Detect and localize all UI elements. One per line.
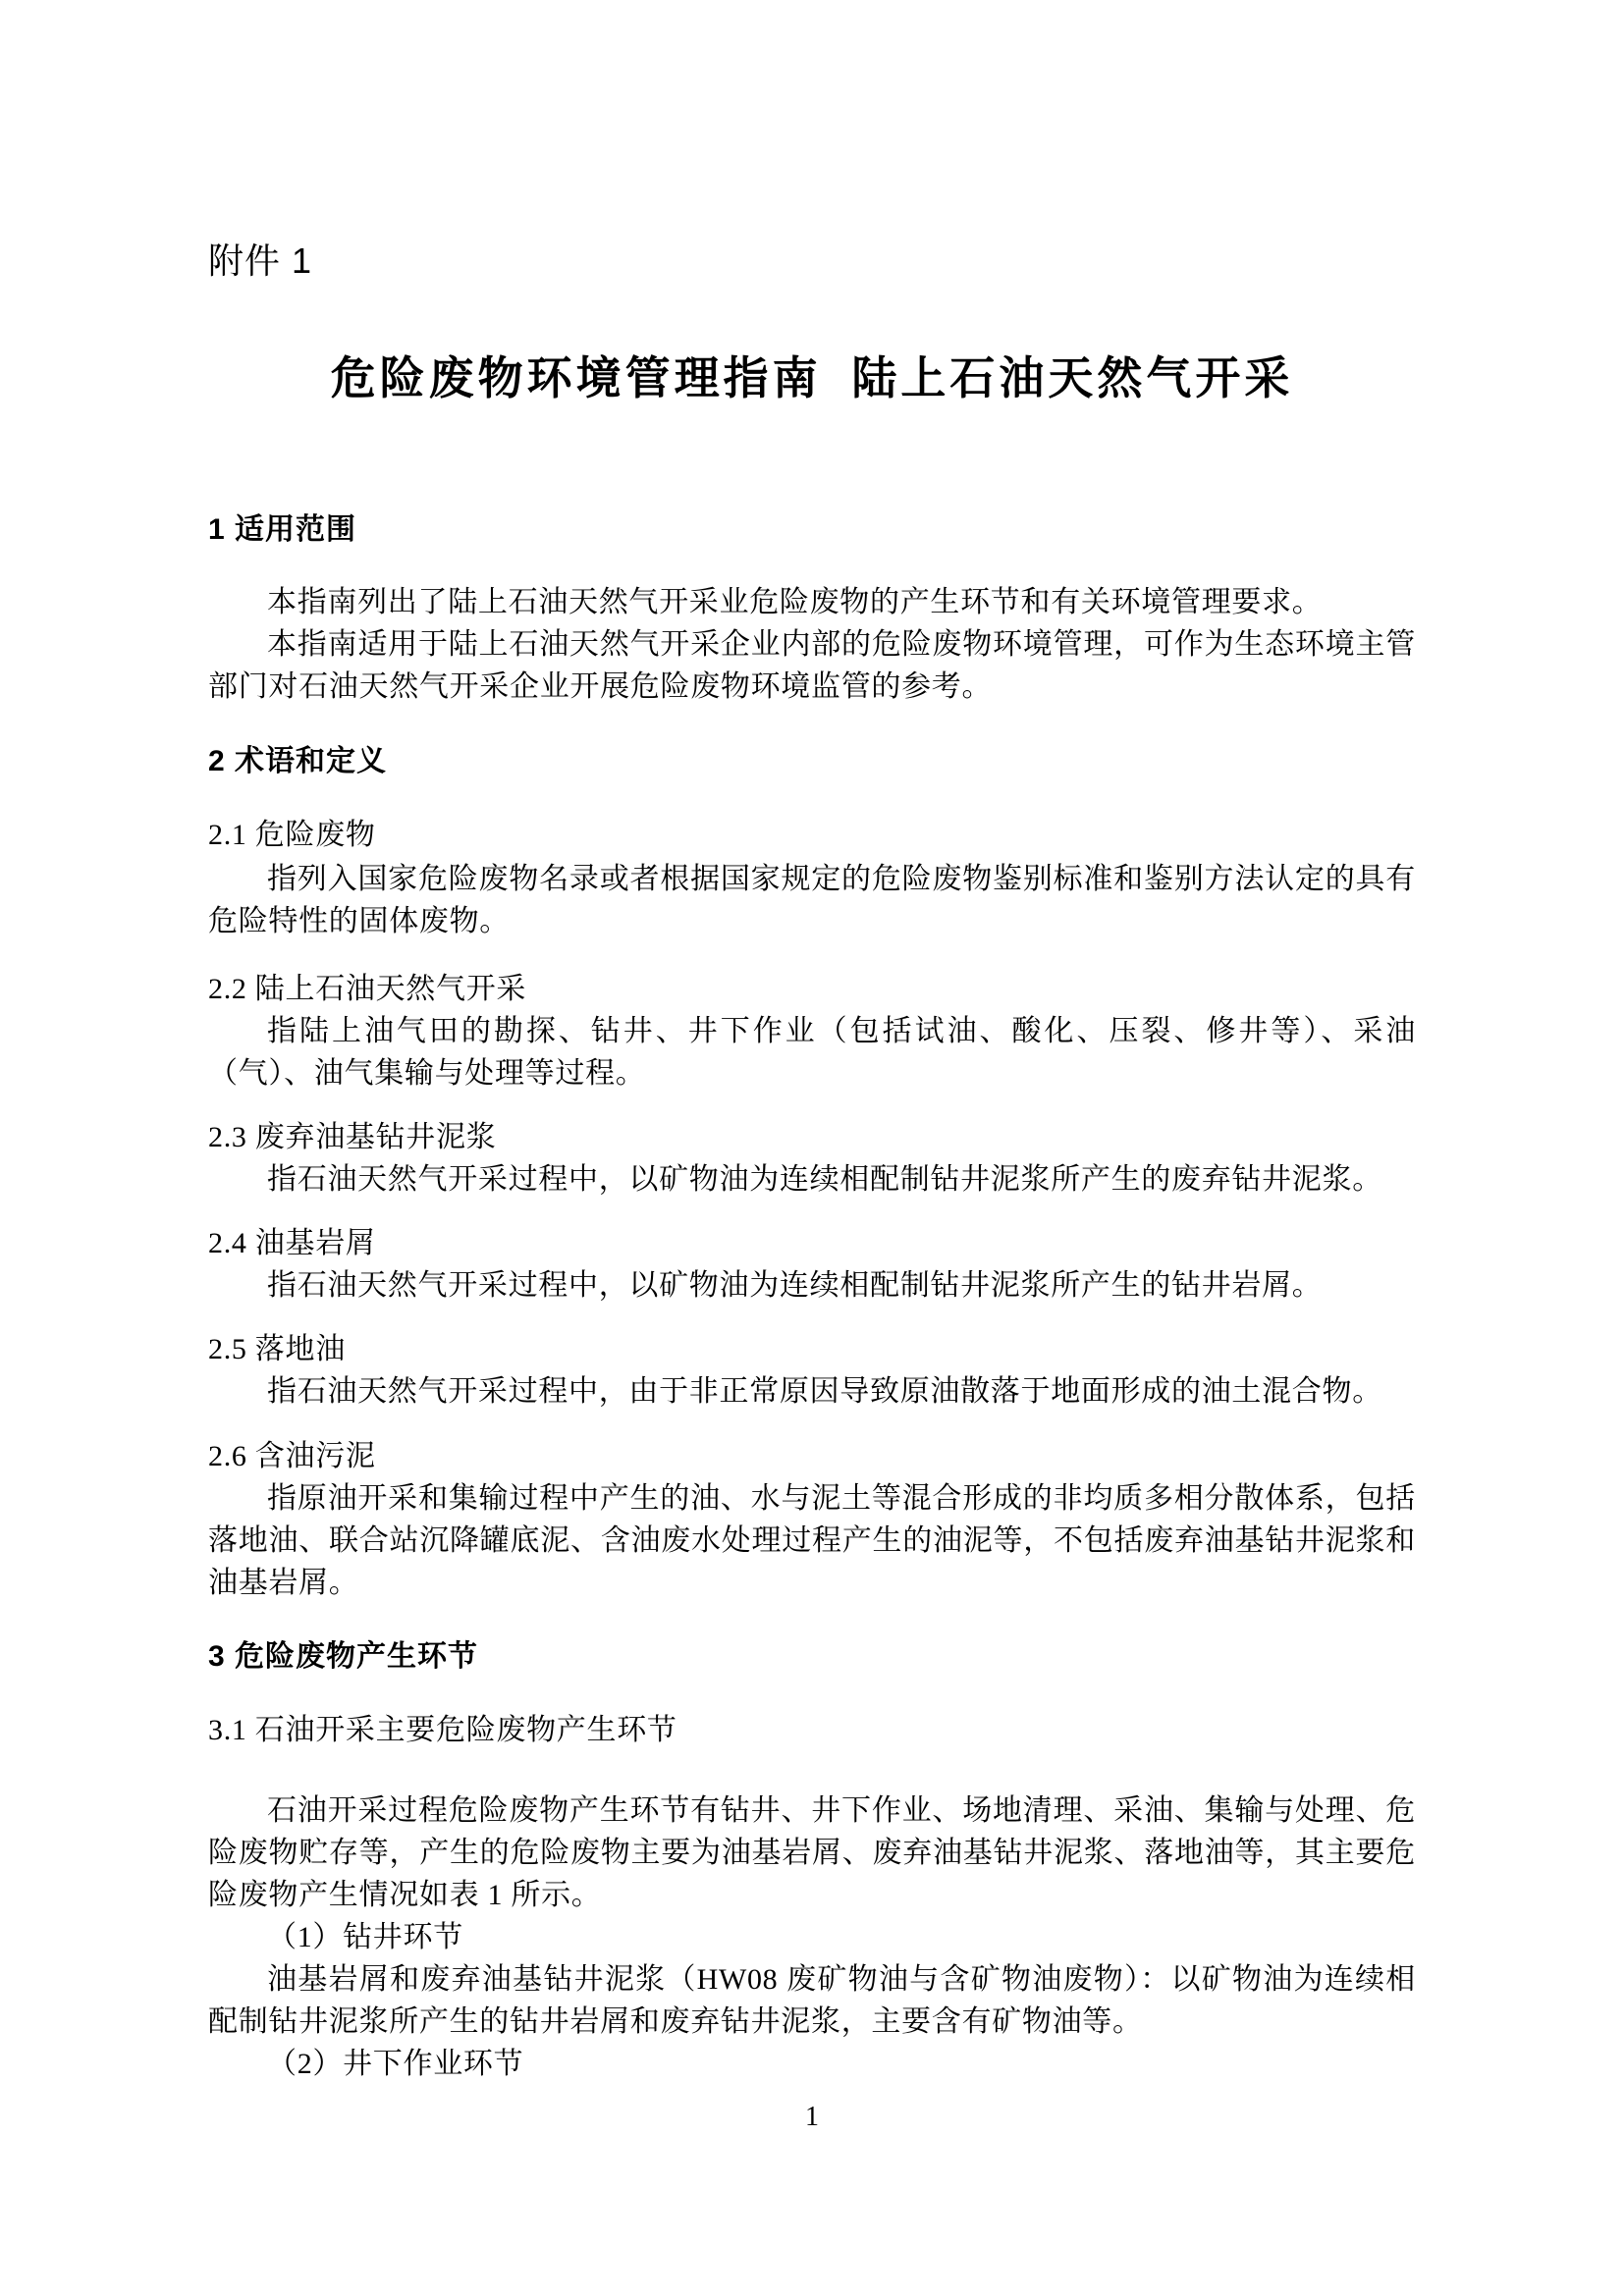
term-heading-2-3: 2.3 废弃油基钻井泥浆 bbox=[208, 1116, 1416, 1158]
generation-paragraph: 石油开采过程危险废物产生环节有钻井、井下作业、场地清理、采油、集输与处理、危险废… bbox=[208, 1789, 1416, 1916]
section-heading-scope: 1 适用范围 bbox=[208, 508, 1416, 551]
section-heading-terms: 2 术语和定义 bbox=[208, 740, 1416, 782]
generation-item-1-label: （1）钻井环节 bbox=[208, 1916, 1416, 1958]
term-definition-2-4: 指石油天然气开采过程中，以矿物油为连续相配制钻井泥浆所产生的钻井岩屑。 bbox=[208, 1264, 1416, 1307]
attachment-label: 附件 1 bbox=[208, 238, 1416, 285]
document-title: 危险废物环境管理指南 陆上石油天然气开采 bbox=[208, 348, 1416, 407]
term-heading-2-6: 2.6 含油污泥 bbox=[208, 1435, 1416, 1477]
subsection-heading-3-1: 3.1 石油开采主要危险废物产生环节 bbox=[208, 1709, 1416, 1751]
document-content: 附件 1 危险废物环境管理指南 陆上石油天然气开采 1 适用范围 本指南列出了陆… bbox=[208, 0, 1416, 2085]
generation-item-2-label: （2）井下作业环节 bbox=[208, 2043, 1416, 2085]
term-heading-2-2: 2.2 陆上石油天然气开采 bbox=[208, 968, 1416, 1010]
scope-paragraph-2: 本指南适用于陆上石油天然气开采企业内部的危险废物环境管理，可作为生态环境主管部门… bbox=[208, 623, 1416, 708]
page-number: 1 bbox=[0, 2101, 1624, 2134]
term-definition-2-3: 指石油天然气开采过程中，以矿物油为连续相配制钻井泥浆所产生的废弃钻井泥浆。 bbox=[208, 1158, 1416, 1201]
term-heading-2-4: 2.4 油基岩屑 bbox=[208, 1222, 1416, 1264]
term-definition-2-2: 指陆上油气田的勘探、钻井、井下作业（包括试油、酸化、压裂、修井等）、采油（气）、… bbox=[208, 1010, 1416, 1095]
term-heading-2-5: 2.5 落地油 bbox=[208, 1328, 1416, 1370]
term-definition-2-1: 指列入国家危险废物名录或者根据国家规定的危险废物鉴别标准和鉴别方法认定的具有危险… bbox=[208, 858, 1416, 942]
term-heading-2-1: 2.1 危险废物 bbox=[208, 814, 1416, 856]
term-definition-2-6: 指原油开采和集输过程中产生的油、水与泥土等混合形成的非均质多相分散体系，包括落地… bbox=[208, 1477, 1416, 1604]
scope-paragraph-1: 本指南列出了陆上石油天然气开采业危险废物的产生环节和有关环境管理要求。 bbox=[208, 581, 1416, 623]
generation-item-1-body: 油基岩屑和废弃油基钻井泥浆（HW08 废矿物油与含矿物油废物）：以矿物油为连续相… bbox=[208, 1958, 1416, 2043]
term-definition-2-5: 指石油天然气开采过程中，由于非正常原因导致原油散落于地面形成的油土混合物。 bbox=[208, 1370, 1416, 1413]
document-page: 附件 1 危险废物环境管理指南 陆上石油天然气开采 1 适用范围 本指南列出了陆… bbox=[0, 0, 1624, 2296]
section-heading-generation: 3 危险废物产生环节 bbox=[208, 1635, 1416, 1678]
